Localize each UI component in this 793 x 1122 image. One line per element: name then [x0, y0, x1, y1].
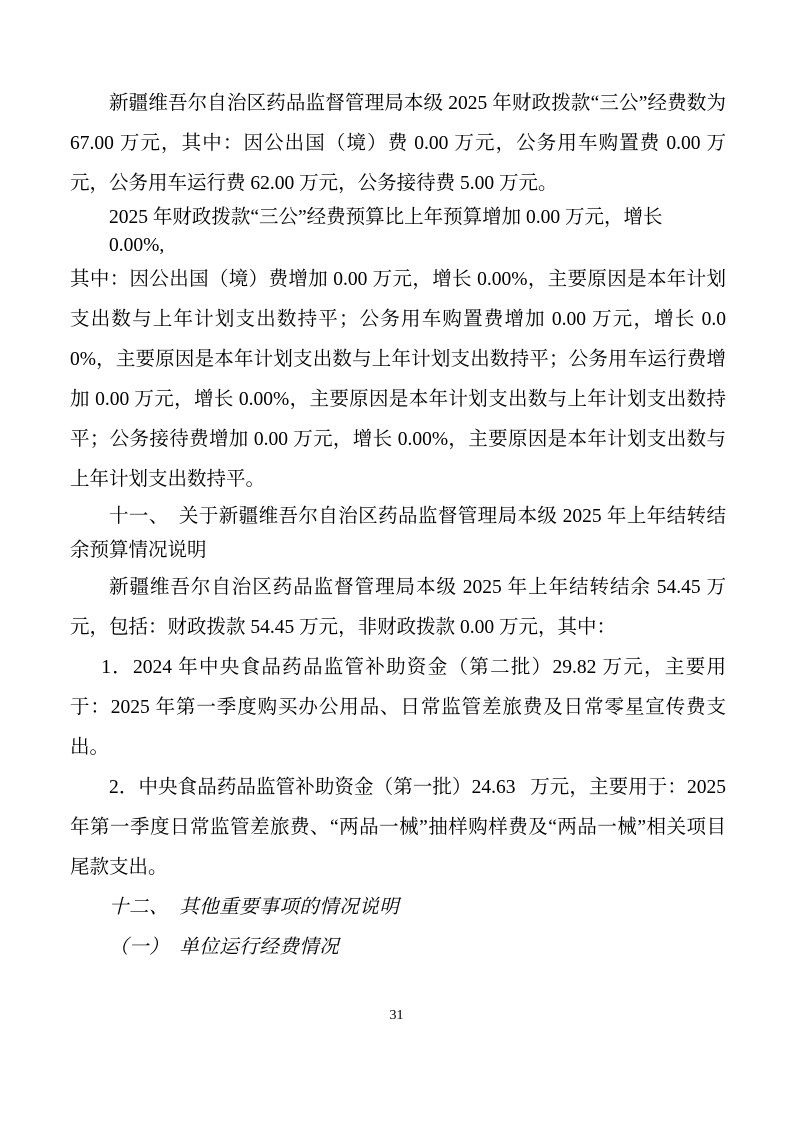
document-content: 新疆维吾尔自治区药品监督管理局本级 2025 年财政拨款“三公”经费数为 67.…: [70, 84, 726, 968]
paragraph-sangong-budget-total: 新疆维吾尔自治区药品监督管理局本级 2025 年财政拨款“三公”经费数为 67.…: [70, 84, 726, 204]
paragraph-sangong-budget-increase: 2025 年财政拨款“三公”经费预算比上年预算增加 0.00 万元，增长 0.0…: [70, 204, 726, 260]
page-number: 31: [0, 1008, 793, 1024]
paragraph-item-2-central-subsidy-batch1: 2．中央食品药品监管补助资金（第一批）24.63 万元，主要用于：2025 年第…: [70, 768, 726, 888]
paragraph-carryover-summary: 新疆维吾尔自治区药品监督管理局本级 2025 年上年结转结余 54.45 万元，…: [70, 568, 726, 648]
document-page: 新疆维吾尔自治区药品监督管理局本级 2025 年财政拨款“三公”经费数为 67.…: [0, 0, 793, 1122]
paragraph-item-1-central-subsidy-batch2: 1．2024 年中央食品药品监管补助资金（第二批）29.82 万元，主要用于：2…: [70, 648, 726, 768]
heading-section-twelve-other-matters: 十二、 其他重要事项的情况说明: [70, 888, 726, 928]
heading-section-eleven-carryover: 十一、 关于新疆维吾尔自治区药品监督管理局本级 2025 年上年结转结余预算情况…: [70, 500, 726, 568]
paragraph-increase-detail-explanation: 其中：因公出国（境）费增加 0.00 万元，增长 0.00%，主要原因是本年计划…: [70, 260, 726, 500]
heading-unit-operating-expense: （一） 单位运行经费情况: [70, 928, 726, 968]
